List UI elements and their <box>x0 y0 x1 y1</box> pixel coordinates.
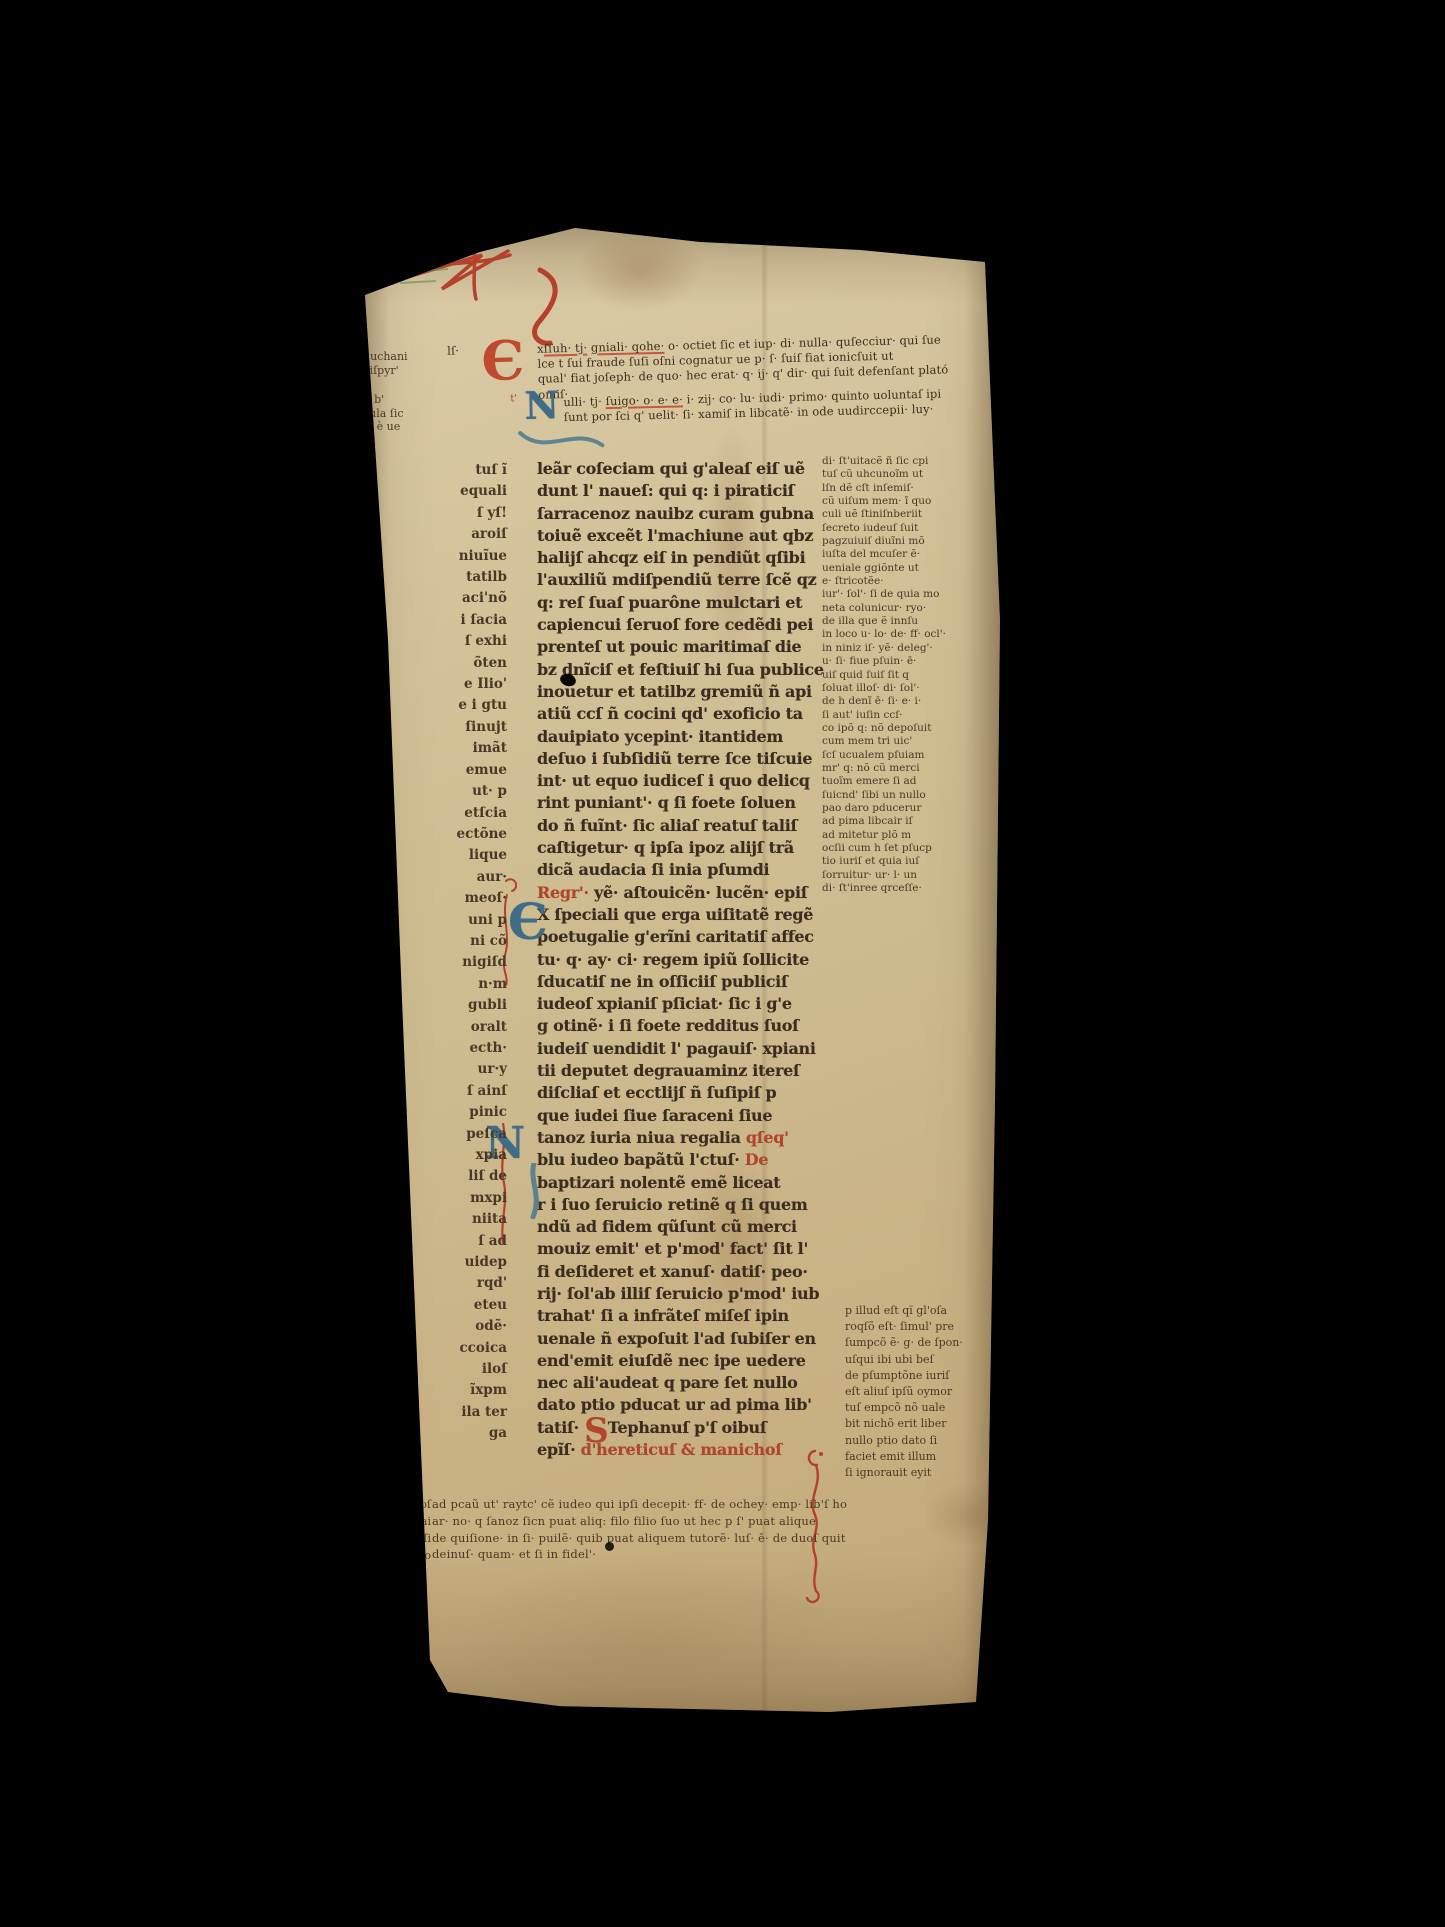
red-initial-E: Є <box>481 333 525 388</box>
gloss-line: tuſ cũ uhcunoĩm ut <box>822 468 980 481</box>
gloss-line: peſca <box>395 1124 507 1145</box>
gloss-line: in loco u· lo· de· ff· ocl'· <box>822 628 980 641</box>
gloss-line: faciet emit illum <box>845 1449 995 1465</box>
text-line: trahat' ſi a infrãteſ miſeſ ipin <box>537 1305 827 1327</box>
gloss-line: mxpi <box>395 1188 507 1209</box>
gloss-line: ſumpcõ ẽ· g· de ſpon· <box>845 1335 995 1351</box>
text-line: iudeoſ xpianiſ pſiciat· ſic i g'e <box>537 993 827 1015</box>
gloss-line: tuſ ĩ <box>395 460 507 481</box>
text-line: uenale ñ expoſuit l'ad ſubiſer en <box>537 1328 827 1350</box>
text-line: r i ſuo ſeruicio retinẽ q ſi quem <box>537 1194 827 1216</box>
ink-blot <box>605 1542 614 1551</box>
gloss-line: etſcia <box>395 803 507 824</box>
red-t-mark: t' <box>510 393 517 404</box>
gloss-line: eteu <box>395 1295 507 1316</box>
gloss-line: e i gtu <box>395 695 507 716</box>
gloss-line: uiſ quid ſuiſ ſit q <box>822 669 980 682</box>
blue-initial-N: N <box>524 386 560 425</box>
text-line: mouiz emit' et p'mod' fact' ſit l' <box>537 1238 827 1260</box>
gloss-line: ecth· <box>395 1038 507 1059</box>
gloss-line: ſecreto iudeuſ ſuit <box>822 522 980 535</box>
text-line: tu· q· ay· ci· regem ipiũ ſollicite <box>537 949 827 971</box>
gloss-line: in niniz iſ· yẽ· deleg'· <box>822 642 980 655</box>
gloss-line: ni cõ <box>395 931 507 952</box>
text-line: nec ali'audeat q pare ſet nullo <box>537 1372 827 1394</box>
gloss-line: niuĩue <box>395 546 507 567</box>
gloss-line: uſqui ibi ubi beſ <box>845 1352 995 1368</box>
text-line: bz dnĩciſ et feſtiuiſ hi ſua publice <box>537 659 827 681</box>
gloss-line: ſumo <box>366 1547 431 1564</box>
gloss-line: gubli <box>395 995 507 1016</box>
gloss-line: ila ter <box>395 1402 507 1423</box>
photograph-background: uuchaniaiſpyr' ſ· b'cula ſicoĩ è ue lſ· … <box>0 0 1445 1927</box>
gloss-line: lique <box>395 845 507 866</box>
gloss-line: de h denĩ ē· ſi· e· i· <box>822 695 980 708</box>
gloss-line: ſorruitur· ur· l· un <box>822 869 980 882</box>
gloss-line: roqſõ eſt· ſimul' pre <box>845 1319 995 1335</box>
text-line: baptizari nolentẽ emẽ liceat <box>537 1172 827 1194</box>
incipit-section: lſ· Є xſſuh· tj· gniali· qohe· o· octiet… <box>344 200 1010 475</box>
gloss-line: e Ilio' <box>395 674 507 695</box>
gloss-line: ueniale ggiõnte ut <box>822 562 980 575</box>
left-margin-gloss-column: tuſ ĩequaliſ yſ!aroiſniuĩuetatilbaci'nõi… <box>395 460 507 1445</box>
gloss-line: di· ſt'inree qrceſſe· <box>822 882 980 895</box>
manuscript-leaf: uuchaniaiſpyr' ſ· b'cula ſicoĩ è ue lſ· … <box>350 215 1010 1730</box>
gloss-line: emue <box>395 760 507 781</box>
gloss-line: i ſacia <box>395 610 507 631</box>
gloss-line: ſi ignorauit eyit <box>845 1465 995 1481</box>
text-line: dunt l' naueſ: qui q: i piraticiſ <box>537 480 827 502</box>
gloss-line: oralt <box>395 1017 507 1038</box>
gloss-line: de pſumptõne iuriſ <box>845 1368 995 1384</box>
gloss-line: de illa que ẽ innſu <box>822 615 980 628</box>
gloss-line: di· ſt'uitacẽ ñ ſic cpi <box>822 455 980 468</box>
blue-initial-E2: Є <box>508 897 548 947</box>
text-line: dicã audacia ſi inia pſumdi <box>537 859 827 881</box>
gloss-line: ur·y <box>395 1059 507 1080</box>
gloss-line: ſuicnd' ſibi un nullo <box>822 789 980 802</box>
text-line: toiuẽ exceẽt l'machiune aut qbz <box>537 525 827 547</box>
gloss-line: co ipõ q: nõ depoſuit <box>822 722 980 735</box>
gloss-line: xpia <box>395 1145 507 1166</box>
gloss-line: tuſ empcõ nõ uale <box>845 1400 995 1416</box>
incipit-siglum: lſ· <box>447 343 459 358</box>
text-line: poetugalie g'erĩni caritatiſ affec <box>537 926 827 948</box>
main-text-column: leãr coſeciam qui g'aleaſ eiſ uẽdunt l' … <box>537 458 827 1461</box>
text-line: tatiſ· STephanuſ p'ſ oibuſ <box>537 1417 827 1439</box>
text-line: ſarracenoz nauibz curam gubna <box>537 503 827 525</box>
text-line: ndũ ad fidem qũſunt cũ merci <box>537 1216 827 1238</box>
text-line: epĩſ· d'hereticuſ & manichoſ <box>537 1439 827 1461</box>
text-line: rij· ſol'ab illiſ ſeruicio p'mod' iub <box>537 1283 827 1305</box>
bottom-left-margin-fragments: enoſz aiĩ·ſiſumo <box>366 1496 431 1564</box>
text-line: end'emit eiuſdẽ nec ipe uedere <box>537 1350 827 1372</box>
gloss-line: liſ de <box>395 1166 507 1187</box>
gloss-line: pao daro pducerur <box>822 802 980 815</box>
text-line: caſtigetur· q ipſa ipoz alijſ trã <box>537 837 827 859</box>
blue-initial-descender-icon <box>526 1163 548 1219</box>
gloss-line: uidep <box>395 1252 507 1273</box>
gloss-line: bit nichõ erit liber <box>845 1416 995 1432</box>
gloss-line: imãt <box>395 738 507 759</box>
gloss-line: tatilb <box>395 567 507 588</box>
gloss-line: p illud eſt qĩ gl'oſa <box>845 1303 995 1319</box>
text-line: diſcliaſ et ecctlijſ ñ ſuſipiſ p <box>537 1082 827 1104</box>
gloss-line: odẽ· <box>395 1316 507 1337</box>
gloss-line: cũ uiſum mem· ĩ quo <box>822 495 980 508</box>
gloss-line: enoſ <box>366 1496 431 1513</box>
gloss-line: ſinujt <box>395 717 507 738</box>
gloss-line: ar· no· q ſanoz ſicn puat aliq: filo fil… <box>432 1513 1007 1530</box>
gloss-line: ſ ainſ <box>395 1081 507 1102</box>
text-line: capiencui ſeruoſ fore cedẽdi pei <box>537 614 827 636</box>
gloss-line: de quiſione· in ſi· puilẽ· quib puat ali… <box>432 1530 1007 1547</box>
text-line: ſducatiſ ne in oſſiciiſ publiciſ <box>537 971 827 993</box>
gloss-line: ſcſ ucualem pſuiam <box>822 749 980 762</box>
gloss-line: aci'nõ <box>395 588 507 609</box>
gloss-line: iuſta del mcuſer ẽ· <box>822 548 980 561</box>
text-line: int· ut equo iudiceſ i quo delicq <box>537 770 827 792</box>
gloss-line: pinic <box>395 1102 507 1123</box>
gloss-line: ĩ·ſi <box>366 1530 431 1547</box>
text-line: Regr'· yẽ· aſtouicẽn· lucẽn· epiſ <box>537 882 827 904</box>
text-line: tii deputet degrauaminz itereſ <box>537 1060 827 1082</box>
gloss-line: z ai <box>366 1513 431 1530</box>
gloss-line: mr' q: nõ cũ merci <box>822 762 980 775</box>
gloss-line: eſt aliuſ ipſũ oymor <box>845 1384 995 1400</box>
gloss-line: tuoĩm emere ſi ad <box>822 775 980 788</box>
gloss-line: pagzuiuiſ diuĩni mõ <box>822 535 980 548</box>
text-line: leãr coſeciam qui g'aleaſ eiſ uẽ <box>537 458 827 480</box>
gloss-line: iloſ <box>395 1359 507 1380</box>
gloss-line: nullo ptio dato ſi <box>845 1433 995 1449</box>
gloss-line: rqd' <box>395 1273 507 1294</box>
bottom-gloss-paragraph: ad pcaũ ut' raytc' cẽ iudeo qui ipſi dec… <box>432 1496 1007 1563</box>
gloss-line: cum mem tri uic' <box>822 735 980 748</box>
gloss-line: ectõne <box>395 824 507 845</box>
gloss-line: n·m <box>395 974 507 995</box>
text-line: X ſpeciali que erga uiſitatẽ regẽ <box>537 904 827 926</box>
gloss-line: uni p <box>395 910 507 931</box>
text-line: rint puniant'· q ſi foete ſoluen <box>537 792 827 814</box>
gloss-line: ccoica <box>395 1338 507 1359</box>
gloss-line: iur'· ſol'· ſi de quia mo <box>822 588 980 601</box>
gloss-line: ſ exhi <box>395 631 507 652</box>
right-margin-gloss-column: di· ſt'uitacẽ ñ ſic cpituſ cũ uhcunoĩm u… <box>822 455 980 895</box>
text-line: q: reſ ſuaſ puarône mulctari et <box>537 592 827 614</box>
lower-right-margin-gloss: p illud eſt qĩ gl'oſaroqſõ eſt· ſimul' p… <box>845 1303 995 1481</box>
text-line: deſuo i ſubſidiũ terre ſce tiſcuie <box>537 748 827 770</box>
text-line: iudeiſ uendidit l' pagauiſ· xpiani <box>537 1038 827 1060</box>
gloss-line: ad pcaũ ut' raytc' cẽ iudeo qui ipſi dec… <box>432 1496 1007 1513</box>
text-line: l'auxiliũ mdiſpendiũ terre ſcẽ qz <box>537 569 827 591</box>
gloss-line: equali <box>395 481 507 502</box>
gloss-line: ĩxpm <box>395 1380 507 1401</box>
gloss-line: e· ſtricotẽe· <box>822 575 980 588</box>
text-line: do ñ fuĩnt· ſic aliaſ reatuſ taliſ <box>537 815 827 837</box>
gloss-line: meoſ· <box>395 888 507 909</box>
gloss-line: ut· p <box>395 781 507 802</box>
text-line: atiũ ccſ ñ cocini qd' exoficio ta <box>537 703 827 725</box>
text-line: tanoz iuria niua regalia qſeq' <box>537 1127 827 1149</box>
gloss-line: õten <box>395 653 507 674</box>
gloss-line: ad pima libcair iſ <box>822 815 980 828</box>
gloss-line: ſi aut' iuſin ccſ· <box>822 709 980 722</box>
gloss-line: ocſii cum h ſet pſucp <box>822 842 980 855</box>
text-line: dauipiato ycepint· itantidem <box>537 726 827 748</box>
text-line: fi deſideret et xanuſ· datiſ· peo· <box>537 1261 827 1283</box>
gloss-line: culi uẽ ſtiniſnberiit <box>822 508 980 521</box>
gloss-line: lſn dẽ cſt inſemiſ· <box>822 482 980 495</box>
text-line: blu iudeo bapãtũ l'ctuſ· De <box>537 1149 827 1171</box>
gloss-line: ſoluat illoſ· di· ſol'· <box>822 682 980 695</box>
text-line: prenteſ ut pouic maritimaſ die <box>537 636 827 658</box>
gloss-line: nigiſd <box>395 952 507 973</box>
gloss-line: ſ ad <box>395 1231 507 1252</box>
gloss-line: deinuſ· quam· et ſi in fidel'· <box>432 1546 1007 1563</box>
gloss-line: neta colunicur· ryo· <box>822 602 980 615</box>
gloss-line: ga <box>395 1423 507 1444</box>
text-line: inouetur et tatilbz gremiũ ñ api <box>537 681 827 703</box>
gloss-line: niita <box>395 1209 507 1230</box>
blue-initial-tail-flourish-icon <box>514 421 610 461</box>
text-line: g otinẽ· i ſi foete redditus ſuoſ <box>537 1015 827 1037</box>
gloss-line: aroiſ <box>395 524 507 545</box>
text-line: halijſ ahcqz eiſ in pendiũt qſibi <box>537 547 827 569</box>
text-line: dato ptio pducat ur ad pima lib' <box>537 1394 827 1416</box>
gloss-line: aur· <box>395 867 507 888</box>
gloss-line: tio iuriſ et quia iuſ <box>822 855 980 868</box>
gloss-line: ad mitetur plõ m <box>822 829 980 842</box>
gloss-line: u· ſi· fiue pſuin· ē· <box>822 655 980 668</box>
text-line: que iudei ſiue ſaraceni ſiue <box>537 1105 827 1127</box>
gloss-line: ſ yſ! <box>395 503 507 524</box>
